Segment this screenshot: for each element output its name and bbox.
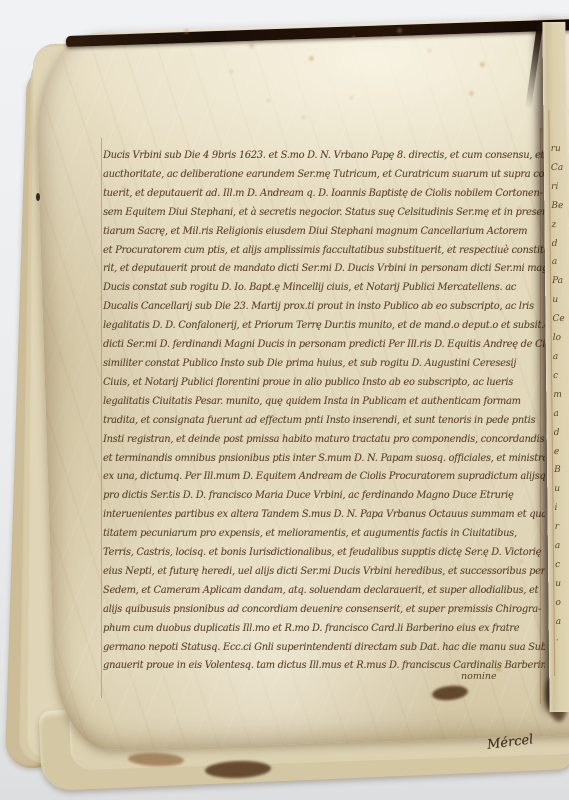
catchword: nomine xyxy=(461,671,497,682)
foxing-spots xyxy=(0,0,3,3)
left-margin-rule xyxy=(101,138,102,698)
manuscript-text-block: Ducis Vrbini sub Die 4 9bris 1623. et S.… xyxy=(103,147,545,681)
dark-speck-left-edge xyxy=(36,193,40,201)
manuscript-photo: Ducis Vrbini sub Die 4 9bris 1623. et S.… xyxy=(0,0,569,800)
